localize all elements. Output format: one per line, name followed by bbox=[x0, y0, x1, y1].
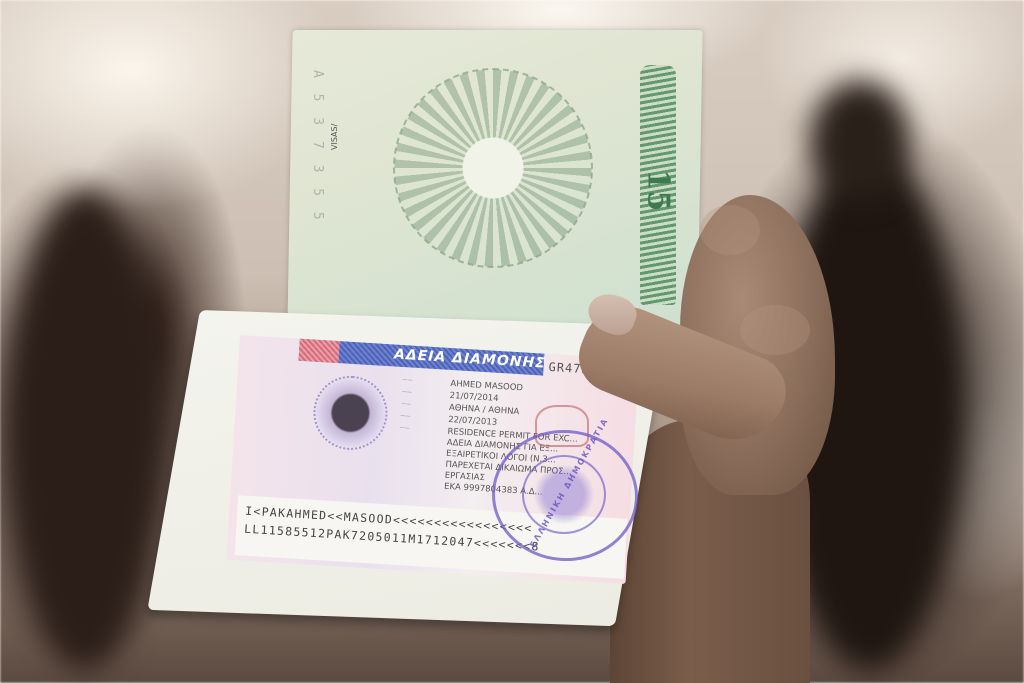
background-person-left bbox=[10, 190, 160, 670]
visas-label: VISAS/ bbox=[330, 124, 339, 150]
permit-red-band bbox=[299, 339, 340, 363]
passport-perforation: A 5 3 7 3 5 5 bbox=[310, 70, 325, 224]
background-camera bbox=[810, 80, 910, 200]
knuckle bbox=[700, 205, 760, 255]
page-number: 15 bbox=[641, 170, 676, 206]
hologram-seal bbox=[311, 374, 389, 452]
knuckle bbox=[740, 305, 810, 355]
rosette-ring bbox=[393, 68, 593, 268]
